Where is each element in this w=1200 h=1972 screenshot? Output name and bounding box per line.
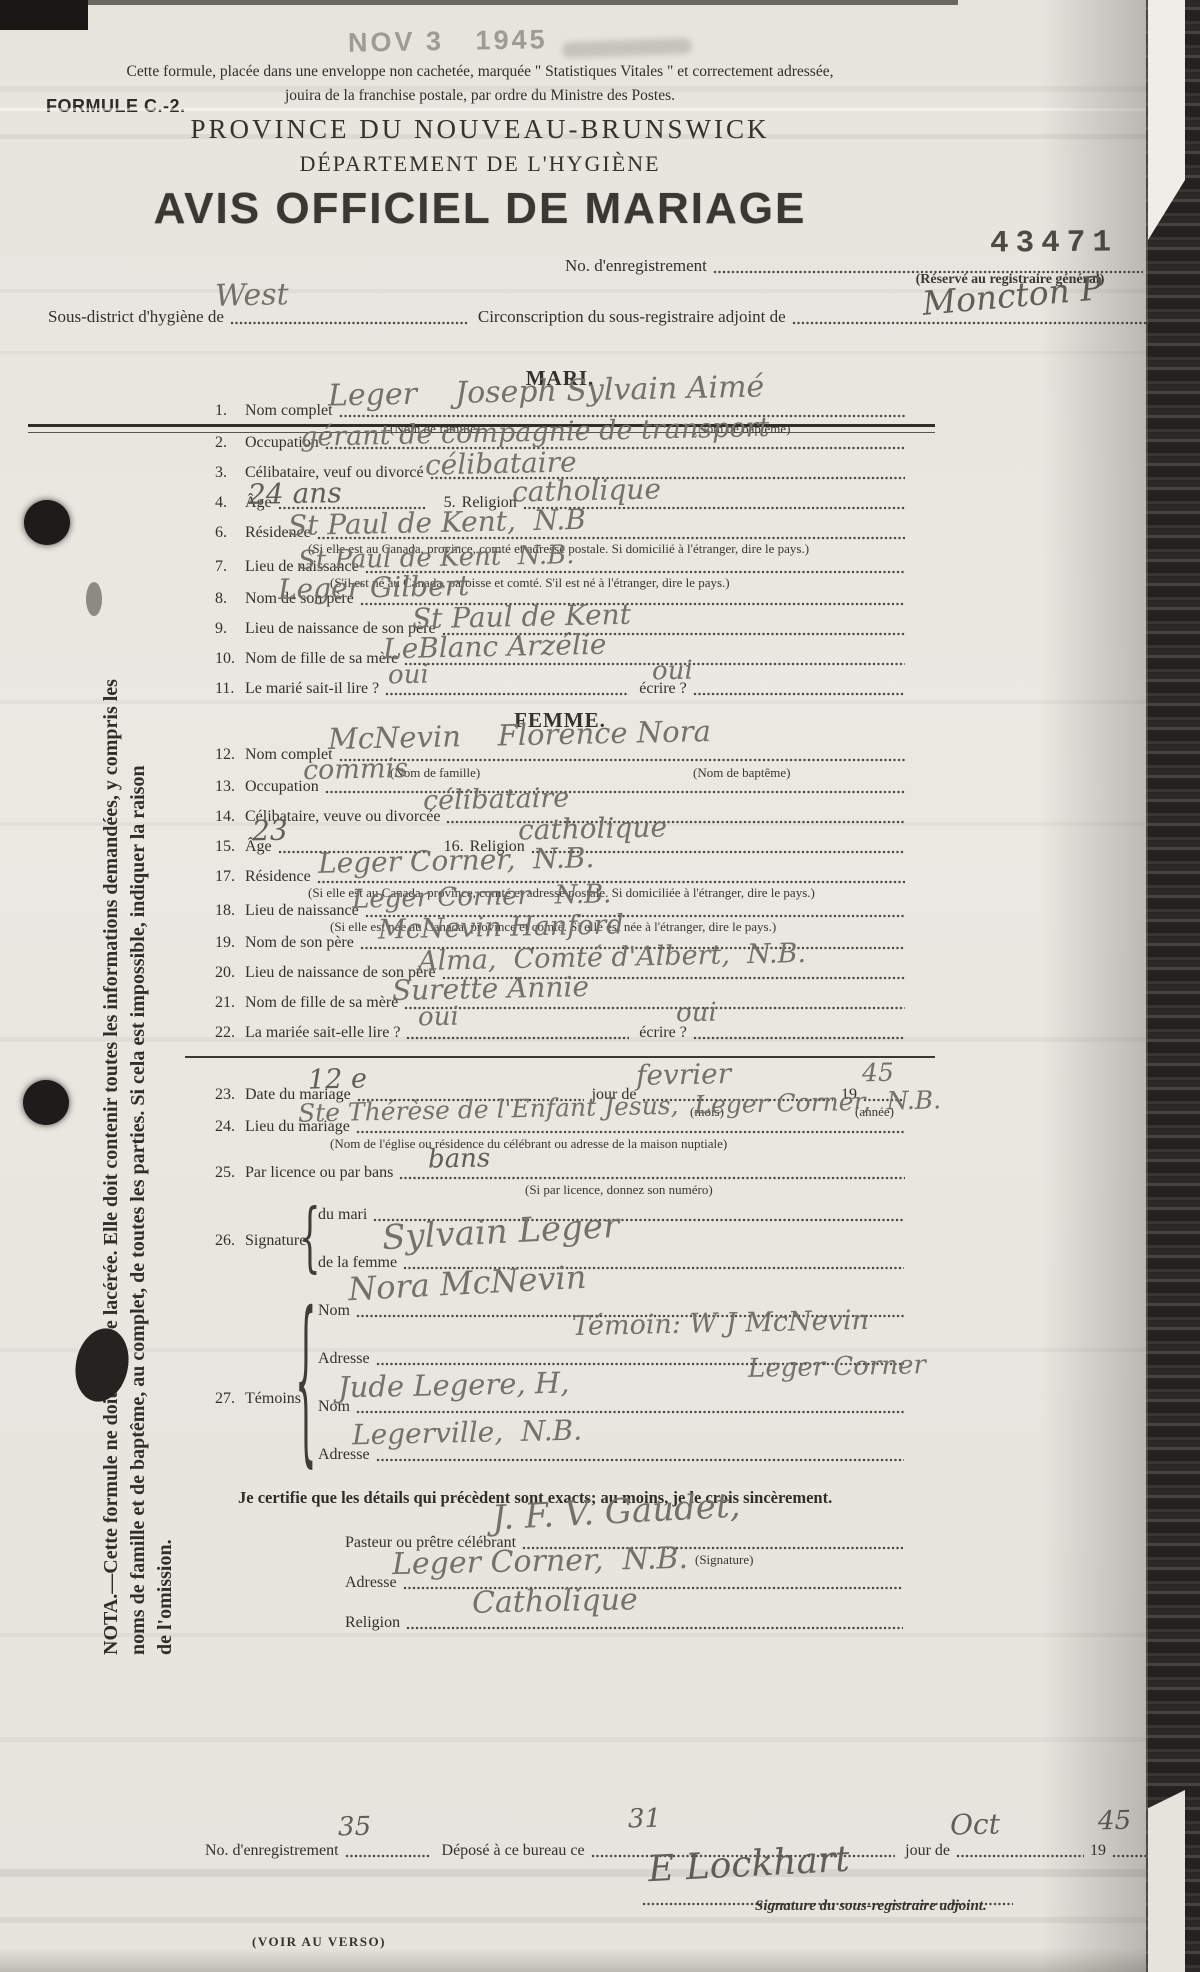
row-number: 3. bbox=[215, 464, 245, 482]
value-naissance-femme: Leger Corner N.B. bbox=[352, 879, 612, 914]
row-number: 19. bbox=[215, 934, 245, 952]
value-residence-mari: St Paul de Kent, N.B bbox=[288, 503, 586, 542]
value-lire-femme: oui bbox=[418, 1002, 459, 1033]
value-temoin1-adresse: Leger Corner bbox=[748, 1350, 927, 1384]
dotted-line bbox=[406, 1626, 903, 1630]
value-ecrire-mari: oui bbox=[652, 656, 693, 687]
value-date-jour: 12 e bbox=[308, 1063, 368, 1095]
value-residence-femme: Leger Corner, N.B. bbox=[318, 841, 595, 880]
margin-note: NOTA.—Cette formule ne doit pas être lac… bbox=[98, 445, 179, 1655]
dotted-line bbox=[356, 1130, 905, 1134]
stamp-smudge bbox=[562, 38, 692, 59]
sous-district-value: West bbox=[215, 277, 289, 314]
row-number: 17. bbox=[215, 868, 245, 886]
value-bureau-no: 35 bbox=[338, 1812, 372, 1843]
row-number: 15. bbox=[215, 838, 245, 856]
row-label: Lieu de naissance bbox=[245, 902, 363, 920]
row-label: du mari bbox=[318, 1206, 371, 1224]
dotted-line bbox=[399, 1176, 905, 1180]
dotted-line bbox=[406, 1036, 629, 1040]
date-received-stamp: NOV 3 1945 bbox=[348, 24, 548, 58]
row-number: 2. bbox=[215, 434, 245, 452]
intro-text-line2: jouira de la franchise postale, par ordr… bbox=[60, 84, 900, 107]
sous-district-label: Sous-district d'hygiène de bbox=[48, 307, 228, 327]
row-label: Déposé à ce bureau ce bbox=[432, 1842, 589, 1860]
sub-label-signature: (Signature) bbox=[695, 1552, 753, 1568]
scan-artifact-topline bbox=[88, 0, 958, 5]
scan-streak bbox=[0, 1737, 1160, 1742]
row-number: 8. bbox=[215, 590, 245, 608]
row-label: Nom de son père bbox=[245, 934, 358, 952]
row-number: 20. bbox=[215, 964, 245, 982]
scanned-marriage-form: NOTA.—Cette formule ne doit pas être lac… bbox=[0, 0, 1200, 1972]
film-edge-band bbox=[1146, 0, 1200, 1972]
row-label: Nom de fille de sa mère bbox=[245, 994, 402, 1012]
dotted-line bbox=[325, 790, 905, 794]
value-pasteur-religion: Catholique bbox=[472, 1582, 638, 1620]
row-label: jour de bbox=[897, 1842, 954, 1860]
paper-corner-bottom bbox=[1148, 1790, 1185, 1972]
row-number: 10. bbox=[215, 650, 245, 668]
margin-note-line: de l'omission. bbox=[152, 445, 179, 1655]
intro-text-line1: Cette formule, placée dans une enveloppe… bbox=[60, 60, 900, 83]
value-etat-femme: célibataire bbox=[423, 782, 570, 816]
scan-streak bbox=[0, 1917, 1160, 1923]
row-label: Religion bbox=[345, 1614, 404, 1632]
form-row-signature-label: 26. Signature bbox=[215, 1226, 345, 1250]
value-lire-mari: oui bbox=[388, 660, 429, 691]
row-number: 1. bbox=[215, 402, 245, 420]
registration-number-label: No. d'enregistrement bbox=[565, 256, 711, 276]
value-pere-mari: Leger Gilbert bbox=[278, 569, 470, 606]
value-pasteur-adresse: Leger Corner, N.B. bbox=[392, 1541, 689, 1582]
row-number: 23. bbox=[215, 1086, 245, 1104]
dotted-line bbox=[693, 1036, 905, 1040]
punch-hole bbox=[23, 1080, 69, 1125]
value-temoin1-nom: Témoin: W J McNevin bbox=[572, 1305, 869, 1342]
row-hint: (Nom de l'église ou résidence du célébra… bbox=[330, 1136, 727, 1152]
row-number: 25. bbox=[215, 1164, 245, 1182]
row-label: Nom de fille de sa mère bbox=[245, 650, 402, 668]
section-divider bbox=[185, 1056, 935, 1058]
value-date-annee: 45 bbox=[862, 1058, 894, 1088]
row-label: Par licence ou par bans bbox=[245, 1164, 397, 1182]
row-label: Le marié sait-il lire ? bbox=[245, 680, 383, 698]
margin-note-line: noms de famille et de baptême, au comple… bbox=[125, 445, 152, 1655]
department-heading: DÉPARTEMENT DE L'HYGIÈNE bbox=[0, 151, 960, 177]
row-label: Nom complet bbox=[245, 402, 337, 420]
row-number: 12. bbox=[215, 746, 245, 764]
row-number: 9. bbox=[215, 620, 245, 638]
scan-streak bbox=[0, 351, 1160, 354]
row-number: 24. bbox=[215, 1118, 245, 1136]
form-row-lire-ecrire-femme: 22. La mariée sait-elle lire ? écrire ? bbox=[215, 1018, 907, 1042]
dotted-line bbox=[230, 321, 468, 325]
scan-bottom-band bbox=[0, 1948, 1148, 1972]
value-occupation-femme: commis bbox=[303, 753, 409, 786]
circonscription-label: Circonscription du sous-registraire adjo… bbox=[470, 307, 790, 327]
dotted-line bbox=[376, 1458, 904, 1462]
scan-streak bbox=[0, 1869, 1160, 1877]
row-label: Résidence bbox=[245, 868, 315, 886]
row-number: 7. bbox=[215, 558, 245, 576]
row-hint: (Si par licence, donnez son numéro) bbox=[525, 1182, 713, 1198]
brace-temoins: { bbox=[295, 1292, 317, 1472]
page-title: AVIS OFFICIEL DE MARIAGE bbox=[0, 184, 960, 234]
row-label: No. d'enregistrement bbox=[205, 1842, 343, 1860]
ink-smudge bbox=[86, 582, 102, 616]
scan-artifact-corner bbox=[0, 0, 88, 30]
value-pere-femme: McNevin Hanford bbox=[378, 909, 624, 945]
province-heading: PROVINCE DU NOUVEAU-BRUNSWICK bbox=[0, 114, 960, 145]
value-date-mois: fevrier bbox=[636, 1057, 732, 1092]
row-label: La mariée sait-elle lire ? bbox=[245, 1024, 404, 1042]
row-number: 4. bbox=[215, 494, 245, 512]
form-row-lire-ecrire-mari: 11. Le marié sait-il lire ? écrire ? bbox=[215, 674, 907, 698]
row-number: 13. bbox=[215, 778, 245, 796]
value-age-femme: 23 bbox=[252, 814, 288, 848]
punch-hole bbox=[24, 500, 70, 545]
value-licence-bans: bans bbox=[428, 1143, 491, 1174]
row-number: 11. bbox=[215, 680, 245, 698]
row-number: 26. bbox=[215, 1232, 245, 1250]
scan-edge-shadow bbox=[1040, 0, 1148, 1972]
dotted-line bbox=[693, 692, 905, 696]
margin-note-line: NOTA.—Cette formule ne doit pas être lac… bbox=[98, 445, 125, 1655]
row-number: 6. bbox=[215, 524, 245, 542]
value-temoin2-nom: Jude Legere, H, bbox=[338, 1366, 570, 1405]
dotted-line bbox=[404, 1006, 905, 1010]
value-temoin2-adresse: Legerville, N.B. bbox=[352, 1414, 583, 1452]
row-number: 21. bbox=[215, 994, 245, 1012]
dotted-line bbox=[345, 1854, 430, 1858]
dotted-line bbox=[339, 758, 905, 762]
form-row-licence-bans: 25. Par licence ou par bans bbox=[215, 1158, 907, 1182]
value-age-mari: 24 ans bbox=[248, 476, 342, 511]
row-number: 27. bbox=[215, 1390, 245, 1408]
value-ecrire-femme: oui bbox=[676, 998, 717, 1029]
row-number: 22. bbox=[215, 1024, 245, 1042]
dotted-line bbox=[446, 820, 905, 824]
dotted-line bbox=[385, 692, 629, 696]
value-depose-mois: Oct bbox=[950, 1807, 1001, 1841]
dotted-line bbox=[356, 1410, 904, 1414]
row-number: 14. bbox=[215, 808, 245, 826]
row-number: 18. bbox=[215, 902, 245, 920]
row-label: Adresse bbox=[318, 1350, 374, 1368]
value-depose-jour: 31 bbox=[628, 1804, 662, 1835]
